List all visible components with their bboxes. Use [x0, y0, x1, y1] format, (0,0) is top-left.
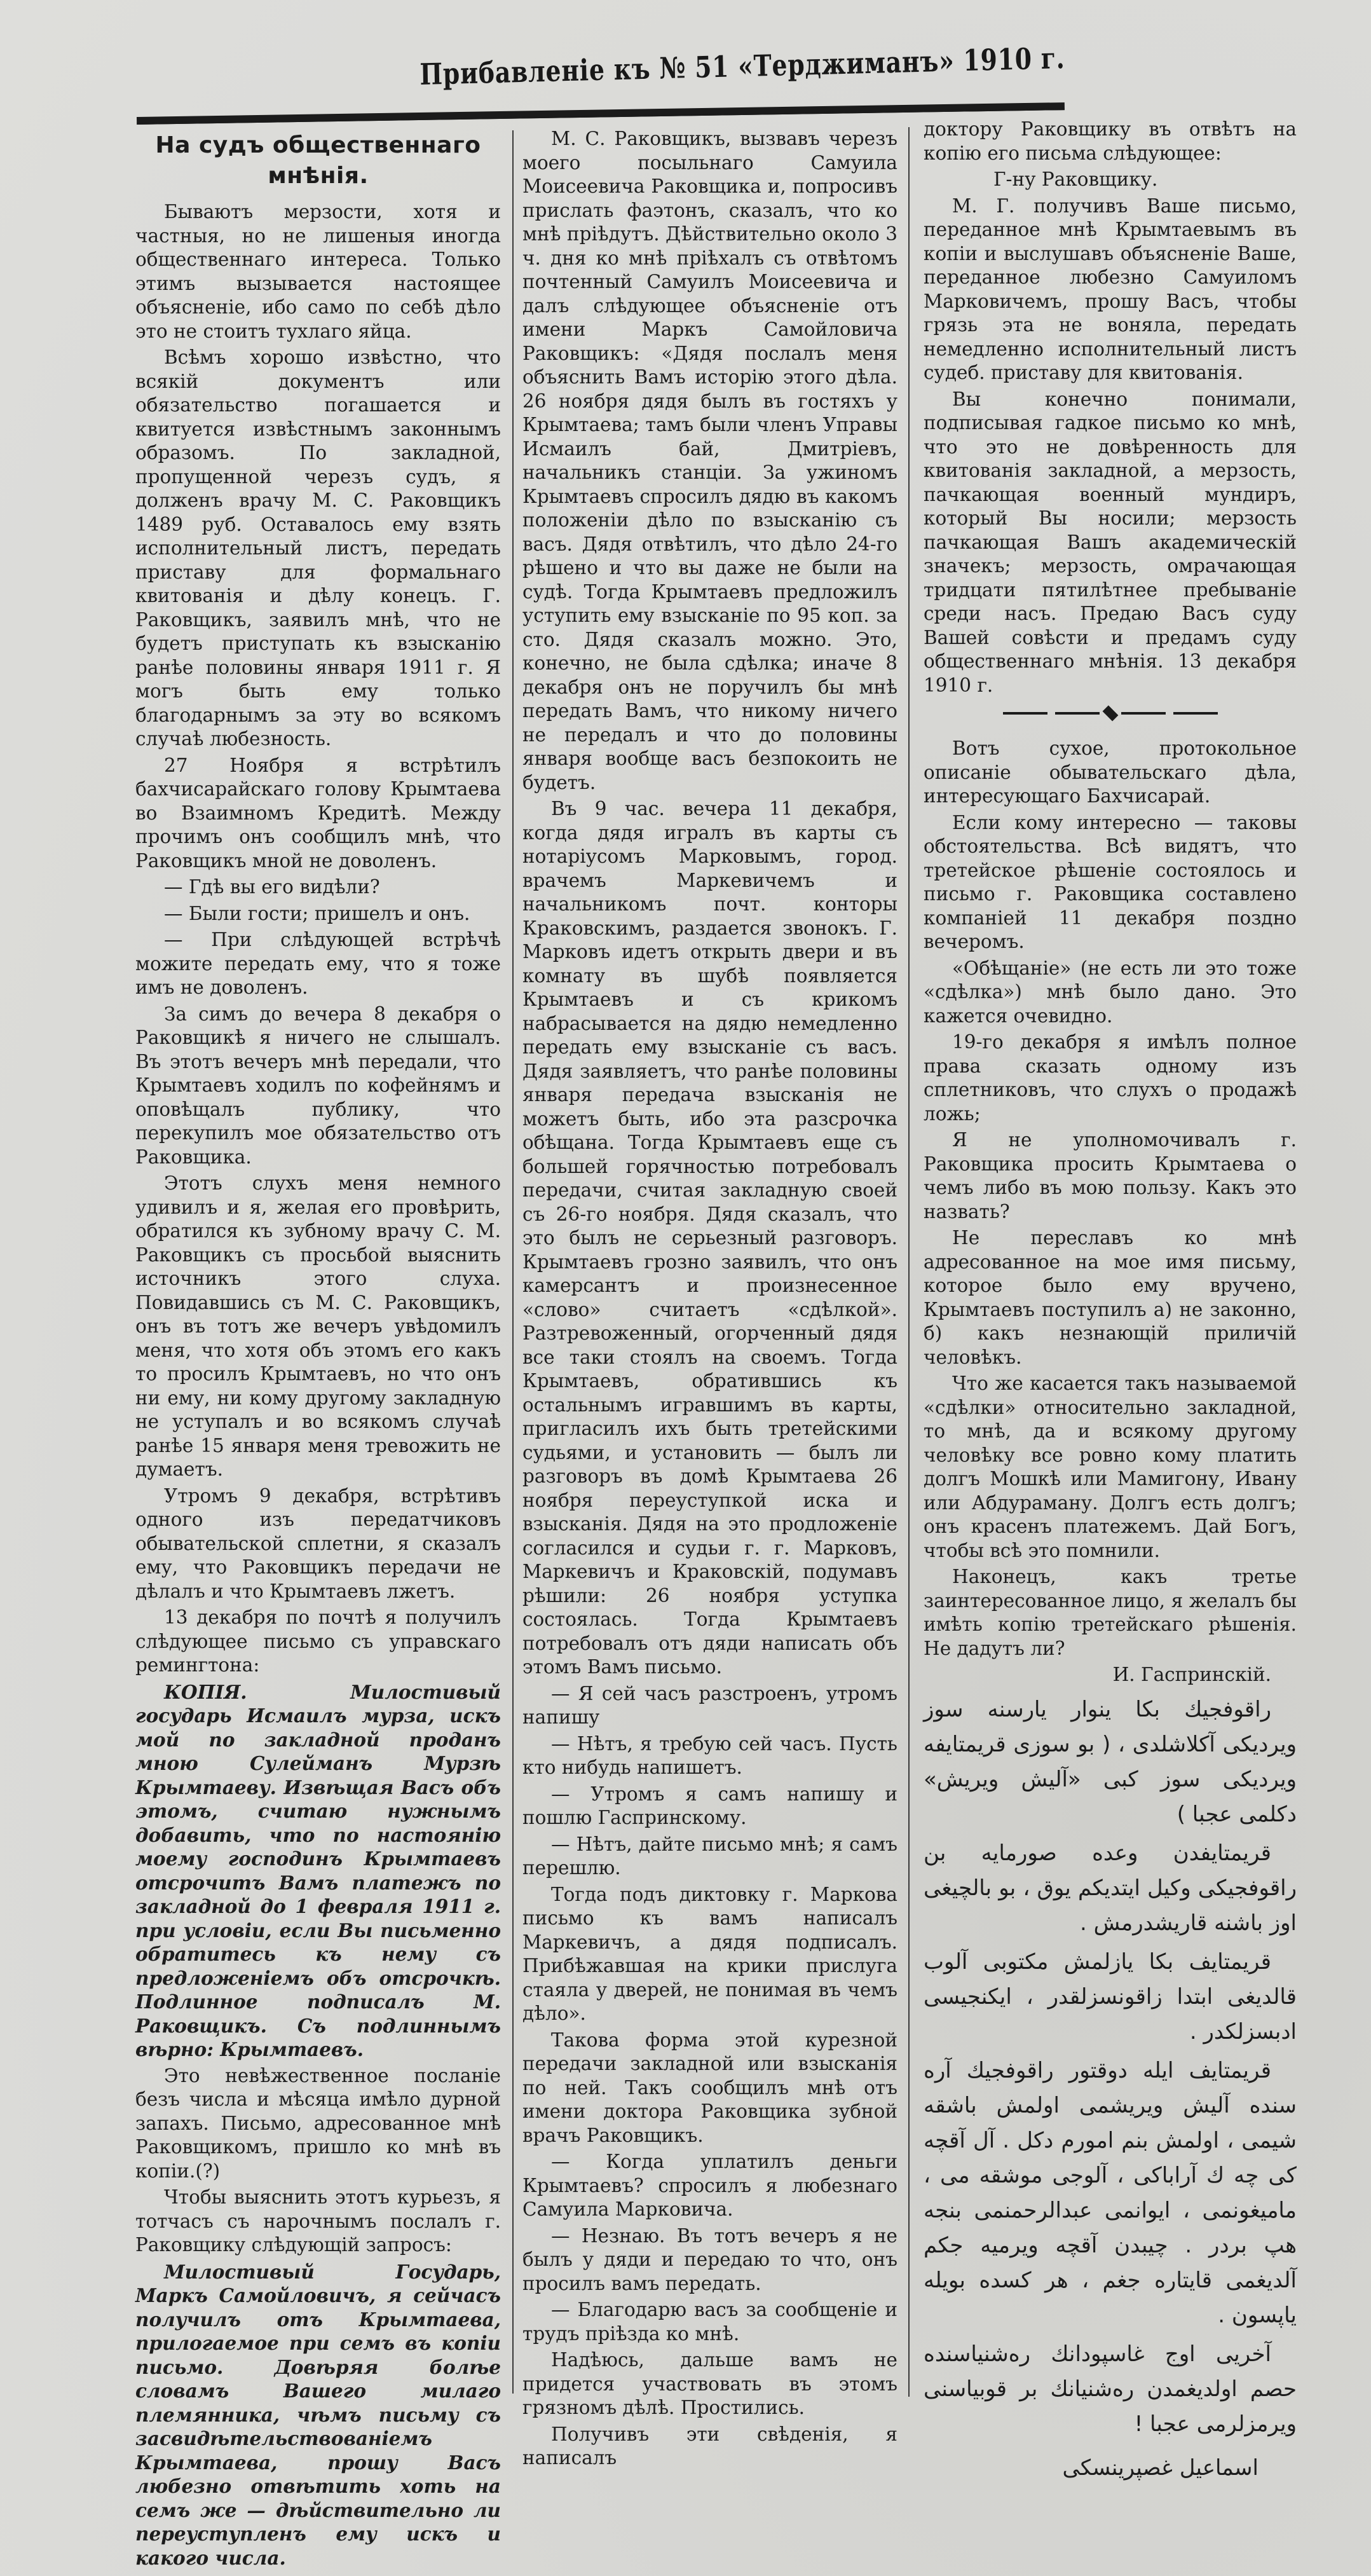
- paragraph: Всѣмъ хорошо извѣстно, что всякій докуме…: [135, 346, 501, 751]
- paragraph: Бываютъ мерзости, хотя и частныя, но не …: [135, 200, 501, 343]
- query-letter: Милостивый Государь, Маркъ Самойловичъ, …: [135, 2260, 501, 2570]
- column-divider: [512, 130, 514, 2394]
- paragraph: Получивъ эти свѣденія, я написалъ: [522, 2423, 897, 2470]
- column-3: доктору Раковщику въ отвѣтъ на копію его…: [924, 118, 1297, 2490]
- paragraph: 19-го декабря я имѣлъ полное права сказа…: [924, 1031, 1297, 1126]
- paragraph: За симъ до вечера 8 декабря о Раковщикѣ …: [135, 1003, 501, 1170]
- arabic-paragraph: قريمتايفدن وعده صورمايه بن راقوفجيكى وكي…: [924, 1836, 1297, 1941]
- article-title: На судъ общественнаго мнѣнія.: [135, 130, 501, 191]
- reply-paragraph: М. Г. получивъ Ваше письмо, переданное м…: [924, 195, 1297, 385]
- paragraph: Наконецъ, какъ третье заинтересованное л…: [924, 1565, 1297, 1661]
- paragraph: Такова форма этой курезной передачи закл…: [522, 2029, 897, 2148]
- arabic-paragraph: قريمتايف بكا يازلمش مكتوبى آلوب قالديغى …: [924, 1945, 1297, 2050]
- arabic-paragraph: قريمتايف ايله دوقتور راقوفجيك آره سنده آ…: [924, 2053, 1297, 2333]
- column-divider: [908, 127, 910, 2397]
- paragraph: Не переславъ ко мнѣ адресованное на мое …: [924, 1226, 1297, 1369]
- paragraph: Надѣюсь, дальше вамъ не придется участво…: [522, 2348, 897, 2420]
- paragraph: Утромъ 9 декабря, встрѣтивъ одного изъ п…: [135, 1484, 501, 1604]
- paragraph: Въ 9 час. вечера 11 декабря, когда дядя …: [522, 797, 897, 1680]
- paragraph: 27 Ноября я встрѣтилъ бахчисарайскаго го…: [135, 754, 501, 874]
- paragraph: Это невѣжественное посланіе безъ числа и…: [135, 2064, 501, 2184]
- reply-paragraph: Вы конечно понимали, подписывая гадкое п…: [924, 388, 1297, 698]
- copy-letter-text: Милостивый государь Исмаилъ мурза, искъ …: [135, 1681, 501, 2061]
- dialogue-line: — Утромъ я самъ напишу и пошлю Гаспринск…: [522, 1783, 897, 1830]
- arabic-paragraph: راقوفجيك بكا ينوار يارسنه سوز ويرديكى آك…: [924, 1692, 1297, 1832]
- dialogue-line: — Я сей часъ разстроенъ, утромъ напишу: [522, 1682, 897, 1730]
- dialogue-line: — Были гости; пришелъ и онъ.: [135, 902, 501, 926]
- ornament-line: [1121, 712, 1166, 715]
- dialogue-line: — Благодарю васъ за сообщеніе и трудъ пр…: [522, 2298, 897, 2346]
- copy-letter-label: КОПІЯ.: [164, 1681, 247, 1703]
- arabic-signature: اسماعيل غصپرينسكى: [924, 2451, 1297, 2486]
- dialogue-line: — Когда уплатилъ деньги Крымтаевъ? спрос…: [522, 2150, 897, 2222]
- section-ornament: [924, 706, 1297, 720]
- dialogue-line: — При слѣдующей встрѣчѣ можите передать …: [135, 928, 501, 1000]
- author-signature: И. Гаспринскій.: [924, 1663, 1297, 1687]
- paragraph: Тогда подъ диктовку г. Маркова письмо къ…: [522, 1883, 897, 2026]
- arabic-paragraph: آخريى اوج غاسپودانك رەشنياسنده حصم اولدي…: [924, 2337, 1297, 2442]
- paragraph: «Обѣщаніе» (не есть ли это тоже «сдѣлка»…: [924, 957, 1297, 1029]
- column-1: На судъ общественнаго мнѣнія. Бываютъ ме…: [135, 130, 501, 2572]
- ornament-line: [1173, 712, 1218, 715]
- paragraph: Этотъ слухъ меня немного удивилъ и я, же…: [135, 1172, 501, 1482]
- paragraph: Что же касается такъ называемой «сдѣлки»…: [924, 1372, 1297, 1563]
- dialogue-line: — Нѣтъ, я требую сей часъ. Пусть кто ниб…: [522, 1732, 897, 1780]
- arabic-script-section: راقوفجيك بكا ينوار يارسنه سوز ويرديكى آك…: [924, 1692, 1297, 2486]
- paragraph: доктору Раковщику въ отвѣтъ на копію его…: [924, 118, 1297, 165]
- diamond-icon: [1102, 706, 1118, 722]
- column-2: М. С. Раковщикъ, вызвавъ черезъ моего по…: [522, 127, 897, 2473]
- paragraph: Чтобы выяснить этотъ курьезъ, я тотчасъ …: [135, 2186, 501, 2257]
- paragraph: М. С. Раковщикъ, вызвавъ черезъ моего по…: [522, 127, 897, 795]
- dialogue-line: — Нѣтъ, дайте письмо мнѣ; я самъ перешлю…: [522, 1833, 897, 1881]
- ornament-line: [1003, 712, 1047, 715]
- paragraph: 13 декабря по почтѣ я получилъ слѣдующее…: [135, 1606, 501, 1678]
- paragraph: Если кому интересно — таковы обстоятельс…: [924, 811, 1297, 954]
- dialogue-line: — Незнаю. Въ тотъ вечеръ я не былъ у дяд…: [522, 2224, 897, 2296]
- reply-address: Г-ну Раковщику.: [924, 168, 1297, 192]
- paragraph: Вотъ сухое, протокольное описаніе обыват…: [924, 737, 1297, 809]
- page-header: Прибавленіе къ № 51 «Терджиманъ» 1910 г.: [419, 44, 941, 92]
- copy-letter: КОПІЯ. Милостивый государь Исмаилъ мурза…: [135, 1680, 501, 2062]
- ornament-line: [1055, 712, 1100, 715]
- dialogue-line: — Гдѣ вы его видѣли?: [135, 875, 501, 900]
- paragraph: Я не уполномочивалъ г. Раковщика просить…: [924, 1128, 1297, 1224]
